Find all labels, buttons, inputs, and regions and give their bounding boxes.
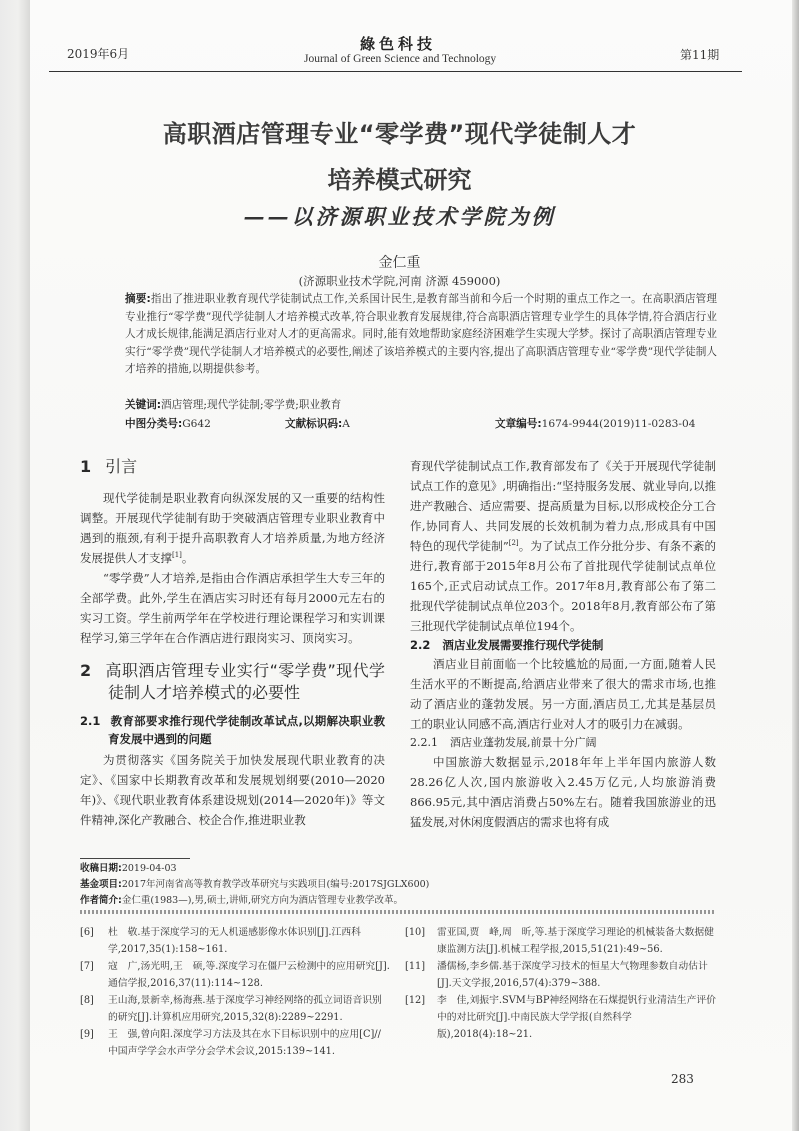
journal-name-en: Journal of Green Science and Technology — [304, 53, 496, 65]
reference-text: 李 佳,刘振宇.SVM与BP神经网络在石煤提钒行业清洁生产评价中的对比研究[J]… — [437, 995, 716, 1040]
reference-item: [7]寇 广,汤光明,王 硕,等.深度学习在僵尸云检测中的应用研究[J].通信学… — [80, 958, 390, 992]
reference-id: [9] — [80, 1026, 94, 1043]
subsection-title: 教育部要求推行现代学徒制改革试点,以期解决职业教育发展中遇到的问题 — [108, 714, 385, 746]
classification-value: G642 — [182, 418, 211, 430]
reference-text: 雷亚国,贾 峰,周 昕,等.基于深度学习理论的机械装备大数据健康监测方法[J].… — [437, 927, 714, 955]
reference-id: [12] — [405, 992, 425, 1009]
abstract-text: 指出了推进职业教育现代学徒制试点工作,关系国计民生,是教育部当前和今后一个时期的… — [125, 293, 717, 375]
article-number: 文章编号:1674-9944(2019)11-0283-04 — [495, 416, 695, 431]
paragraph-text: 现代学徒制是职业教育向纵深发展的又一重要的结构性调整。开展现代学徒制有助于突破酒… — [80, 491, 385, 565]
paragraph: 中国旅游大数据显示,2018年年上半年国内旅游人数28.26亿人次,国内旅游收入… — [410, 752, 716, 832]
header-date: 2019年6月 — [67, 45, 129, 62]
document-code-value: A — [342, 418, 350, 430]
footnote-fund: 基金项目:2017年河南省高等教育教学改革研究与实践项目(编号:2017SJGL… — [80, 877, 429, 892]
subsection-number: 2.2 — [410, 638, 430, 652]
paragraph: “零学费”人才培养,是指由合作酒店承担学生大专三年的全部学费。此外,学生在酒店实… — [80, 568, 385, 648]
reference-item: [9]王 强,曾向阳.深度学习方法及其在水下目标识别中的应用[C]//中国声学学… — [80, 1026, 390, 1060]
reference-id: [6] — [80, 924, 94, 941]
paragraph-text: 。为了试点工作分批分步、有条不紊的进行,教育部于2015年8月公布了首批现代学徒… — [410, 539, 716, 633]
wavy-separator — [80, 910, 716, 914]
paragraph-text: 。 — [182, 551, 194, 565]
keywords: 关键词:酒店管理;现代学徒制;零学费;职业教育 — [125, 397, 341, 412]
paragraph-continued: 育现代学徒制试点工作,教育部发布了《关于开展现代学徒制试点工作的意见》,明确指出… — [410, 456, 716, 636]
citation: [1] — [172, 551, 182, 559]
section-heading-2: 2高职酒店管理专业实行“零学费”现代学徒制人才培养模式的必要性 — [80, 660, 385, 704]
paper-title-line-1: 高职酒店管理专业“零学费”现代学徒制人才 — [0, 114, 799, 149]
header-issue: 第11期 — [680, 46, 719, 63]
references-left: [6]杜 敬.基于深度学习的无人机遥感影像水体识别[J].江西科学,2017,3… — [80, 924, 390, 1060]
received-label: 收稿日期: — [80, 863, 122, 874]
reference-item: [6]杜 敬.基于深度学习的无人机遥感影像水体识别[J].江西科学,2017,3… — [80, 924, 390, 958]
body-column-right: 育现代学徒制试点工作,教育部发布了《关于开展现代学徒制试点工作的意见》,明确指出… — [410, 456, 716, 832]
reference-id: [10] — [405, 924, 425, 941]
footnote-author-bio: 作者简介:金仁重(1983—),男,硕士,讲师,研究方向为酒店管理专业教学改革。 — [80, 893, 403, 908]
subsection-title: 酒店业发展需要推行现代学徒制 — [442, 638, 603, 652]
references-right: [10]雷亚国,贾 峰,周 昕,等.基于深度学习理论的机械装备大数据健康监测方法… — [405, 924, 717, 1043]
header-rule — [49, 71, 742, 72]
subsection-heading-2-1: 2.1教育部要求推行现代学徒制改革试点,以期解决职业教育发展中遇到的问题 — [80, 712, 385, 748]
classification-number: 中图分类号:G642 — [125, 418, 211, 430]
document-code: 文献标识码:A — [285, 416, 350, 431]
page-number: 283 — [671, 1072, 694, 1086]
keywords-label: 关键词: — [125, 399, 161, 411]
subsubsection-number: 2.2.1 — [410, 736, 438, 749]
paper-title-line-2: 培养模式研究 — [0, 160, 799, 195]
section-title: 高职酒店管理专业实行“零学费”现代学徒制人才培养模式的必要性 — [105, 661, 385, 702]
author-affiliation: (济源职业技术学院,河南 济源 459000) — [0, 273, 799, 289]
citation: [2] — [509, 539, 519, 547]
reference-item: [12]李 佳,刘振宇.SVM与BP神经网络在石煤提钒行业清洁生产评价中的对比研… — [405, 992, 717, 1043]
subsubsection-title: 酒店业蓬勃发展,前景十分广阔 — [450, 736, 597, 749]
paragraph: 酒店业目前面临一个比较尴尬的局面,一方面,随着人民生活水平的不断提高,给酒店业带… — [410, 654, 716, 734]
keywords-text: 酒店管理;现代学徒制;零学费;职业教育 — [161, 399, 341, 411]
document-code-label: 文献标识码: — [285, 418, 342, 430]
body-column-left: 1引言 现代学徒制是职业教育向纵深发展的又一重要的结构性调整。开展现代学徒制有助… — [80, 456, 385, 830]
reference-id: [7] — [80, 958, 94, 975]
reference-text: 杜 敬.基于深度学习的无人机遥感影像水体识别[J].江西科学,2017,35(1… — [108, 927, 361, 955]
received-date: 2019-04-03 — [122, 863, 177, 874]
section-heading-1: 1引言 — [80, 456, 385, 478]
subsubsection-heading-2-2-1: 2.2.1酒店业蓬勃发展,前景十分广阔 — [410, 734, 716, 752]
bio-value: 金仁重(1983—),男,硕士,讲师,研究方向为酒店管理专业教学改革。 — [122, 895, 403, 906]
reference-text: 潘儒杨,李乡儒.基于深度学习技术的恒星大气物理参数自动估计[J].天文学报,20… — [437, 961, 708, 989]
journal-name-cn: 綠色科技 — [360, 33, 436, 54]
reference-item: [10]雷亚国,贾 峰,周 昕,等.基于深度学习理论的机械装备大数据健康监测方法… — [405, 924, 717, 958]
subsection-number: 2.1 — [80, 714, 100, 728]
fund-value: 2017年河南省高等教育教学改革研究与实践项目(编号:2017SJGLX600) — [122, 879, 430, 890]
section-number: 1 — [80, 457, 91, 476]
fund-label: 基金项目: — [80, 879, 122, 890]
reference-item: [8]王山海,景新幸,杨海燕.基于深度学习神经网络的孤立词语音识别的研究[J].… — [80, 992, 390, 1026]
reference-text: 王山海,景新幸,杨海燕.基于深度学习神经网络的孤立词语音识别的研究[J].计算机… — [108, 995, 382, 1023]
reference-text: 王 强,曾向阳.深度学习方法及其在水下目标识别中的应用[C]//中国声学学会水声… — [108, 1029, 381, 1057]
reference-text: 寇 广,汤光明,王 硕,等.深度学习在僵尸云检测中的应用研究[J].通信学报,2… — [108, 961, 390, 989]
reference-id: [8] — [80, 992, 94, 1009]
abstract-label: 摘要: — [125, 293, 151, 305]
article-number-value: 1674-9944(2019)11-0283-04 — [542, 418, 696, 430]
classification-label: 中图分类号: — [125, 418, 182, 430]
section-title: 引言 — [105, 457, 137, 476]
paragraph: 为贯彻落实《国务院关于加快发展现代职业教育的决定》、《国家中长期教育改革和发展规… — [80, 750, 385, 830]
article-number-label: 文章编号: — [495, 418, 542, 430]
bio-label: 作者简介: — [80, 895, 122, 906]
abstract: 摘要:指出了推进职业教育现代学徒制试点工作,关系国计民生,是教育部当前和今后一个… — [125, 291, 717, 379]
reference-id: [11] — [405, 958, 425, 975]
footnote-rule — [80, 858, 190, 859]
paper-subtitle: ——以济源职业技术学院为例 — [0, 201, 799, 231]
article-meta-row: 中图分类号:G642 文献标识码:A 文章编号:1674-9944(2019)1… — [125, 416, 717, 431]
author-name: 金仁重 — [0, 252, 799, 272]
section-number: 2 — [80, 661, 91, 680]
paragraph: 现代学徒制是职业教育向纵深发展的又一重要的结构性调整。开展现代学徒制有助于突破酒… — [80, 488, 385, 568]
subsection-heading-2-2: 2.2酒店业发展需要推行现代学徒制 — [410, 636, 716, 654]
reference-item: [11]潘儒杨,李乡儒.基于深度学习技术的恒星大气物理参数自动估计[J].天文学… — [405, 958, 717, 992]
footnote-received: 收稿日期:2019-04-03 — [80, 861, 177, 876]
